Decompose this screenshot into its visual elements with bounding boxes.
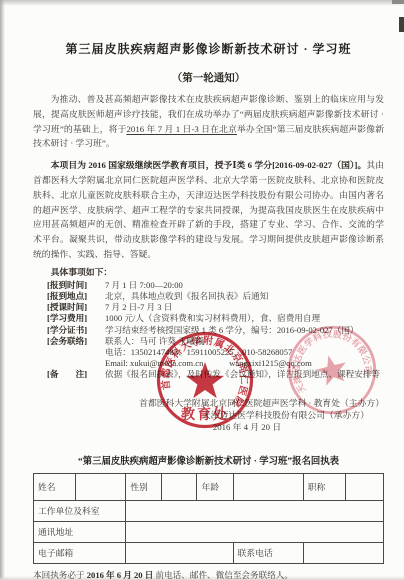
table-row-email-phone: 电子邮箱 联系电话	[34, 542, 384, 563]
detail-value: 依据《报名回执表》，及时传发《会议通知》，详告报到地点、课程安排等	[105, 369, 384, 380]
detail-label: [学分证书]	[47, 325, 105, 336]
detail-row-course-time: [授课时间] 7 月 2 日-7 月 3 日	[47, 302, 384, 313]
age-label: 年龄	[197, 473, 233, 500]
detail-value: 7 月 2 日-7 月 3 日	[105, 302, 384, 313]
scan-artifact-right-edge	[399, 17, 404, 32]
table-row-identity: 姓名 性别 年龄 职称	[34, 473, 384, 500]
document-body: 第三届皮肤疾病超声影像诊断新技术研讨 · 学习班 （第一轮通知） 为推动、普及甚…	[33, 0, 384, 580]
detail-value: 北京，具体地点收到《报名回执表》后通知	[105, 291, 384, 302]
signature-date: 2016 年 4 月 20 日	[33, 421, 384, 433]
intro-paragraph: 为推动、普及甚高频超声影像技术在皮肤疾病超声影像诊断、鉴别上的临床应用与发展，提…	[33, 92, 384, 151]
address-label: 通讯地址	[34, 521, 126, 542]
job-title-label: 职称	[303, 473, 345, 500]
detail-row-checkin-time: [报到时间] 7 月 1 日 7:00—20:00	[47, 280, 384, 291]
address-input-cell	[126, 521, 384, 542]
detail-label: [授课时间]	[47, 302, 105, 313]
detail-label: [会务联络]	[47, 336, 105, 370]
gender-label: 性别	[126, 473, 162, 500]
detail-row-remarks: [备 注] 依据《报名回执表》，及时传发《会议通知》，详告报到地点、课程安排等	[47, 369, 384, 380]
note-deadline-date: 2016 年 6 月 20 日	[87, 570, 154, 580]
work-unit-label: 工作单位及科室	[34, 500, 126, 521]
reply-deadline-note: 本回执务必于 2016 年 6 月 20 日 前电话、邮件、微信至会务联络人。	[33, 569, 384, 580]
scan-edge-left	[0, 0, 5, 580]
project-description: 其由首都医科大学附属北京同仁医院超声医学科、北京大学第一医院皮肤科、北京协和医院…	[33, 160, 384, 259]
signature-organizer: 首都医科大学附属北京同仁医院超声医学科 · 教育处（主办方）	[33, 397, 384, 409]
age-input-cell	[233, 473, 303, 500]
phone-label: 联系电话	[233, 542, 303, 563]
project-paragraph: 本项目为 2016 国家级继续医学教育项目，授予Ⅰ类 6 学分[2016-09-…	[33, 158, 384, 262]
contact-names: 联系人：马可 许葵 王曦曦	[105, 336, 384, 347]
detail-label: [学习费用]	[47, 313, 105, 324]
detail-row-checkin-place: [报到地点] 北京，具体地点收到《报名回执表》后通知	[47, 291, 384, 302]
scanned-notice-document: 第三届皮肤疾病超声影像诊断新技术研讨 · 学习班 （第一轮通知） 为推动、普及甚…	[0, 0, 404, 580]
detail-row-fee: [学习费用] 1000 元/人（含资料费和实习材料费用），食、宿费用自理	[47, 313, 384, 324]
table-row-work-unit: 工作单位及科室	[34, 500, 384, 521]
contact-emails: Email: xukui@meda.com.cn wangxixi1215@qq…	[105, 358, 384, 369]
email-label: 电子邮箱	[34, 542, 126, 563]
scan-artifact-top-right	[392, 0, 404, 4]
details-list: [报到时间] 7 月 1 日 7:00—20:00 [报到地点] 北京，具体地点…	[47, 280, 384, 381]
gender-input-cell	[162, 473, 197, 500]
reply-form-table: 姓名 性别 年龄 职称 工作单位及科室 通讯地址 电子邮箱 联系电话	[33, 473, 384, 564]
detail-label: [报到地点]	[47, 291, 105, 302]
signature-co-organizer: 天津迈达医学科技股份有限公司（承办方）	[33, 409, 384, 421]
reply-form-title: “第三届皮肤疾病超声影像诊断新技术研讨 · 学习班”报名回执表	[33, 453, 384, 467]
note-pre: 本回执务必于	[33, 570, 87, 580]
detail-value: 学习结束经考核授国家级 1 类 6 学分，编号：2016-09-02-027（国…	[105, 325, 384, 336]
document-subtitle: （第一轮通知）	[33, 70, 384, 85]
intro-date-underlined: 2016 年 7 月 1 日-3 日在北京	[127, 124, 237, 134]
email-input-cell	[126, 542, 233, 563]
project-credit-statement: 本项目为 2016 国家级继续医学教育项目，授予Ⅰ类 6 学分[2016-09-…	[51, 160, 367, 170]
detail-label: [备 注]	[47, 369, 105, 380]
name-input-cell	[76, 473, 126, 500]
contact-phones: 电话：13502147483、15911005225，010-58268057	[105, 347, 384, 358]
table-row-address: 通讯地址	[34, 521, 384, 542]
phone-input-cell	[303, 542, 383, 563]
detail-row-certificate: [学分证书] 学习结束经考核授国家级 1 类 6 学分，编号：2016-09-0…	[47, 325, 384, 336]
signature-block: 首都医科大学附属北京同仁医院超声医学科 · 教育处（主办方） 天津迈达医学科技股…	[33, 397, 384, 433]
detail-value: 7 月 1 日 7:00—20:00	[105, 280, 384, 291]
detail-value: 联系人：马可 许葵 王曦曦 电话：13502147483、15911005225…	[105, 336, 384, 370]
details-heading: 具体事项如下：	[33, 265, 384, 278]
detail-row-contacts: [会务联络] 联系人：马可 许葵 王曦曦 电话：13502147483、1591…	[47, 336, 384, 370]
detail-value: 1000 元/人（含资料费和实习材料费用），食、宿费用自理	[105, 313, 384, 324]
job-title-input-cell	[345, 473, 383, 500]
detail-label: [报到时间]	[47, 280, 105, 291]
document-title: 第三届皮肤疾病超声影像诊断新技术研讨 · 学习班	[33, 40, 384, 57]
name-label: 姓名	[34, 473, 76, 500]
note-post: 前电话、邮件、微信至会务联络人。	[153, 570, 293, 580]
work-unit-input-cell	[126, 500, 384, 521]
